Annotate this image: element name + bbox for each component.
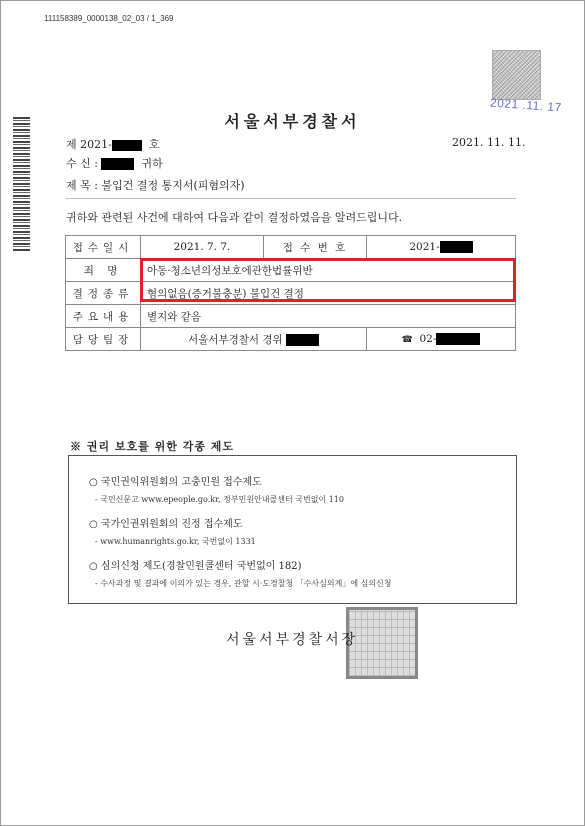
table-row: 담당팀장 서울서부경찰서 경위 ☎ 02-	[66, 328, 516, 351]
label-cell: 접수일시	[66, 236, 141, 259]
page-title: 서울서부경찰서	[0, 109, 585, 132]
phone-icon: ☎	[402, 335, 413, 345]
document-id: 111158389_0000138_02_03 / 1_369	[44, 14, 173, 23]
redacted-block	[101, 158, 134, 170]
label-cell: 담당팀장	[66, 328, 141, 351]
redacted-block	[112, 140, 142, 151]
receipt-number: 2021-	[409, 241, 439, 253]
number-label: 제 2021-	[66, 138, 112, 151]
document-number: 제 2021- 호	[66, 136, 159, 152]
value-cell: 2021-	[367, 236, 516, 259]
rights-title: ※ 권리 보호를 위한 각종 제도	[70, 438, 234, 454]
divider	[66, 198, 516, 199]
document-date: 2021. 11. 11.	[452, 136, 525, 149]
label-cell: 죄 명	[66, 259, 141, 282]
value-cell: 서울서부경찰서 경위	[141, 328, 367, 351]
table-row: 접수일시 2021. 7. 7. 접 수 번 호 2021-	[66, 236, 516, 259]
qr-code	[492, 50, 541, 100]
issuer-signature: 서울서부경찰서장	[226, 629, 358, 649]
redacted-block	[436, 333, 480, 345]
subject: 제 목 : 불입건 결정 통지서(피혐의자)	[66, 177, 245, 193]
label-cell: 접 수 번 호	[264, 236, 367, 259]
phone-number: 02-	[419, 333, 436, 345]
table-row: 주요내용 별지와 같음	[66, 305, 516, 328]
recipient-label: 수 신 :	[66, 157, 98, 170]
redacted-block	[440, 241, 473, 253]
rights-box: ○ 국민권익위원회의 고충민원 접수제도 - 국민신문고 www.epeople…	[68, 455, 517, 604]
label-cell: 주요내용	[66, 305, 141, 328]
rights-item-heading: ○ 국민권익위원회의 고충민원 접수제도	[89, 473, 262, 488]
phone-cell: ☎ 02-	[367, 328, 516, 351]
highlight-box	[140, 258, 516, 302]
redacted-block	[286, 334, 319, 346]
rights-item-heading: ○ 국가인권위원회의 진정 접수제도	[89, 515, 243, 530]
rights-item-detail: - 국민신문고 www.epeople.go.kr, 정부민원안내콜센터 국번없…	[95, 494, 344, 505]
number-suffix: 호	[149, 138, 160, 151]
value-cell: 2021. 7. 7.	[141, 236, 264, 259]
officer-text: 서울서부경찰서 경위	[188, 334, 283, 346]
rights-item-detail: - www.humanrights.go.kr, 국번없이 1331	[95, 536, 256, 547]
rights-item-detail: - 수사과정 및 결과에 이의가 있는 경우, 관할 시·도경찰청 「수사심의계…	[95, 578, 392, 589]
label-cell: 결정종류	[66, 282, 141, 305]
recipient: 수 신 : 귀하	[66, 155, 163, 171]
rights-item-heading: ○ 심의신청 제도(경찰민원콜센터 국번없이 182)	[89, 557, 302, 572]
value-cell: 별지와 같음	[141, 305, 516, 328]
barcode	[13, 117, 30, 251]
subject-label: 제 목 :	[66, 179, 98, 192]
recipient-suffix: 귀하	[141, 157, 162, 170]
subject-text: 불입건 결정 통지서(피혐의자)	[101, 179, 244, 192]
intro-text: 귀하와 관련된 사건에 대하여 다음과 같이 결정하였음을 알려드립니다.	[66, 209, 402, 225]
